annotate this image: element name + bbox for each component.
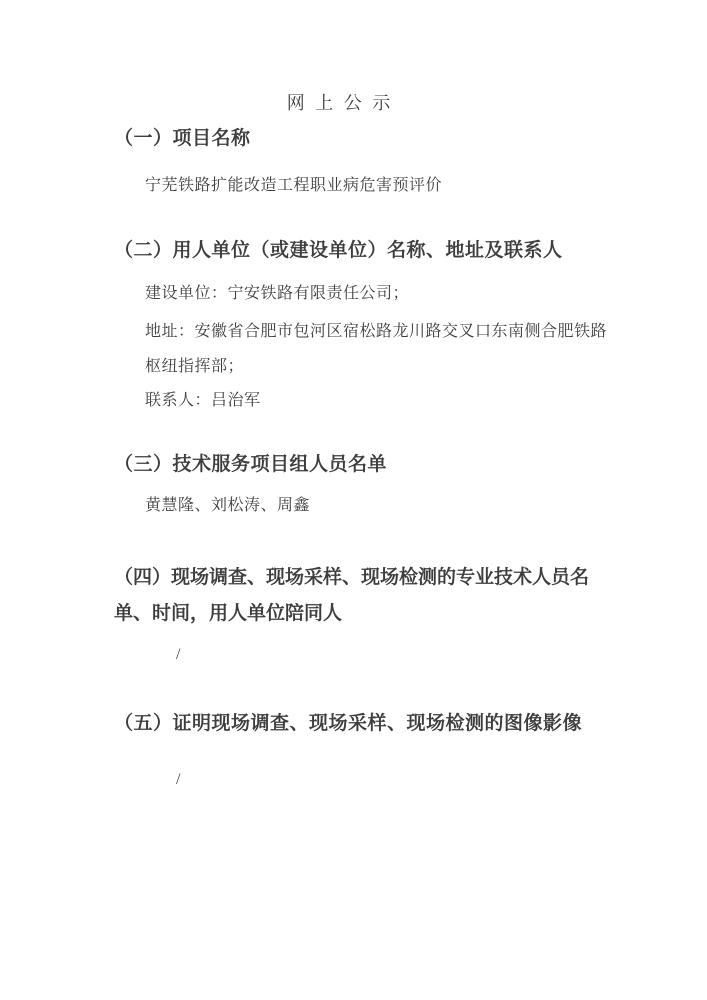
- section-2-body-line-address: 地址：安徽省合肥市包河区宿松路龙川路交叉口东南侧合肥铁路枢纽指挥部；: [145, 314, 607, 384]
- document-page: 网 上 公 示 （一）项目名称 宁芜铁路扩能改造工程职业病危害预评价 （二）用人…: [0, 0, 707, 1000]
- section-2-body-line-construction-unit: 建设单位：宁安铁路有限责任公司；: [145, 283, 607, 305]
- section-1-heading: （一）项目名称: [114, 126, 608, 152]
- section-5-heading: （五）证明现场调查、现场采样、现场检测的图像影像: [114, 711, 608, 737]
- document-title: 网 上 公 示: [0, 92, 680, 114]
- section-3-body-line-names: 黄慧隆、刘松涛、周鑫: [145, 495, 607, 517]
- section-4-body-slash: /: [176, 644, 216, 666]
- section-5-body-slash: /: [176, 769, 216, 791]
- section-3-heading: （三）技术服务项目组人员名单: [114, 452, 608, 478]
- section-1-body-line: 宁芜铁路扩能改造工程职业病危害预评价: [145, 175, 607, 197]
- section-4-heading: （四）现场调查、现场采样、现场检测的专业技术人员名单、时间，用人单位陪同人: [114, 560, 608, 632]
- section-2-heading: （二）用人单位（或建设单位）名称、地址及联系人: [114, 238, 608, 264]
- section-2-body-line-contact: 联系人：吕治军: [145, 390, 607, 412]
